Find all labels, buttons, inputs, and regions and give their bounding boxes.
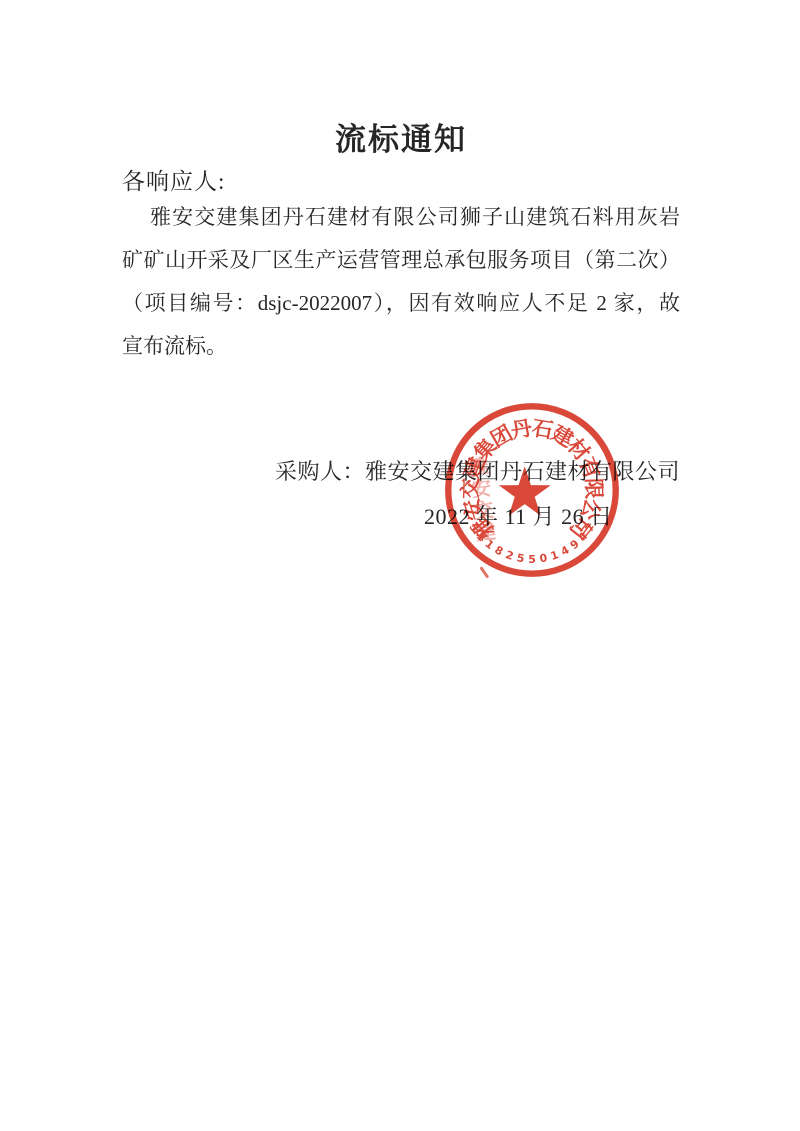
seal-ghost-char: 安 (470, 476, 492, 502)
seal-star-icon (499, 466, 551, 515)
scanned-document-page: 流标通知 各响应人: 雅安交建集团丹石建材有限公司狮子山建筑石料用灰岩 矿矿山开… (0, 0, 800, 1131)
seal-ghost-char: 雅 (468, 454, 490, 480)
body-line: （项目编号：dsjc-2022007），因有效响应人不足 2 家，故 (122, 282, 680, 325)
seal-serial-digit: 0 (539, 551, 549, 565)
seal-svg: 雅安交建集团丹石建材有限公司 5118255014947 雅安交建 (441, 399, 623, 581)
seal-ghost-char: 建 (475, 519, 497, 545)
seal-serial-digit: 2 (504, 548, 515, 563)
company-seal-stamp: 雅安交建集团丹石建材有限公司 5118255014947 雅安交建 (441, 399, 623, 581)
body-line: 宣布流标。 (122, 325, 680, 368)
buyer-label: 采购人： (275, 459, 365, 484)
body-line: 雅安交建集团丹石建材有限公司狮子山建筑石料用灰岩 (122, 196, 680, 239)
seal-serial-digit: 1 (549, 548, 560, 563)
seal-serial-digit: 5 (528, 553, 536, 566)
seal-serial-digit: 5 (516, 551, 526, 565)
page-title: 流标通知 (122, 121, 680, 158)
seal-serial-digit: 8 (492, 543, 505, 558)
seal-ghost-char: 交 (472, 497, 494, 523)
body-line: 矿矿山开采及厂区生产运营管理总承包服务项目（第二次） (122, 239, 680, 282)
salutation-text: 各响应人: (122, 163, 225, 196)
notice-body: 雅安交建集团丹石建材有限公司狮子山建筑石料用灰岩 矿矿山开采及厂区生产运营管理总… (122, 196, 680, 368)
